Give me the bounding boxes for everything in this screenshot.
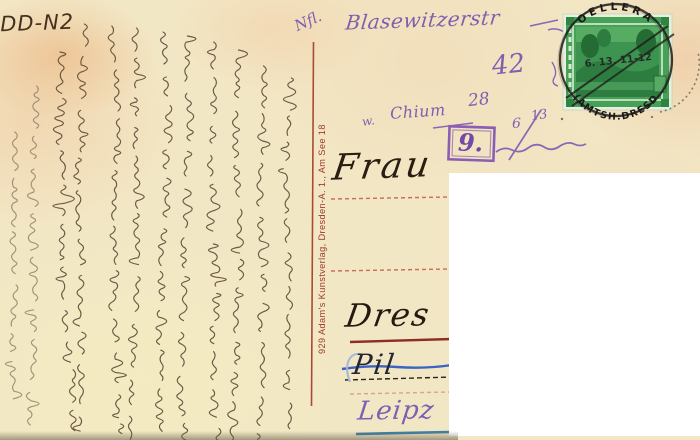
card-edge-shadow — [0, 431, 458, 440]
address-city-partial: Dres — [343, 295, 434, 334]
handwriting-line — [228, 50, 248, 440]
divider-line — [312, 42, 314, 406]
red-underline — [350, 339, 452, 342]
handwriting-line — [5, 132, 21, 399]
purple-word-note: Chium — [389, 100, 446, 123]
house-number-annotation: 42 — [491, 48, 527, 81]
postcard-scan: OELLERA (AMTSH.DRESD 6. 13. 11-12 929 Ad… — [0, 0, 700, 440]
handwriting-line — [108, 26, 126, 434]
handwriting-line — [257, 66, 270, 439]
publisher-imprint: 929 Adam's Kunstverlag, Dresden-A. 1., A… — [317, 86, 327, 354]
handwriting-line — [53, 52, 76, 431]
date-note-year: 13 — [530, 107, 548, 124]
handwriting-line — [25, 86, 39, 425]
white-redaction-box — [449, 173, 700, 436]
purple-squiggle-signature — [496, 143, 586, 152]
purple-prefix-mark: w. — [361, 113, 375, 129]
handwriting-line — [73, 24, 88, 431]
date-note-month: 6 — [512, 116, 521, 132]
address-forward-partial: Leipz — [356, 395, 436, 426]
handwriting-line — [128, 28, 145, 439]
handwriting-line — [156, 32, 173, 431]
date-note-day: 28 — [467, 89, 491, 111]
handwriting-line — [279, 78, 297, 429]
handwritten-message — [5, 24, 296, 440]
address-title: Frau — [330, 144, 435, 188]
address-crossed-partial: Pil — [351, 348, 398, 381]
handwriting-line — [177, 36, 196, 440]
boxed-nine-number: 9. — [458, 128, 484, 158]
handwriting-line — [206, 42, 226, 440]
